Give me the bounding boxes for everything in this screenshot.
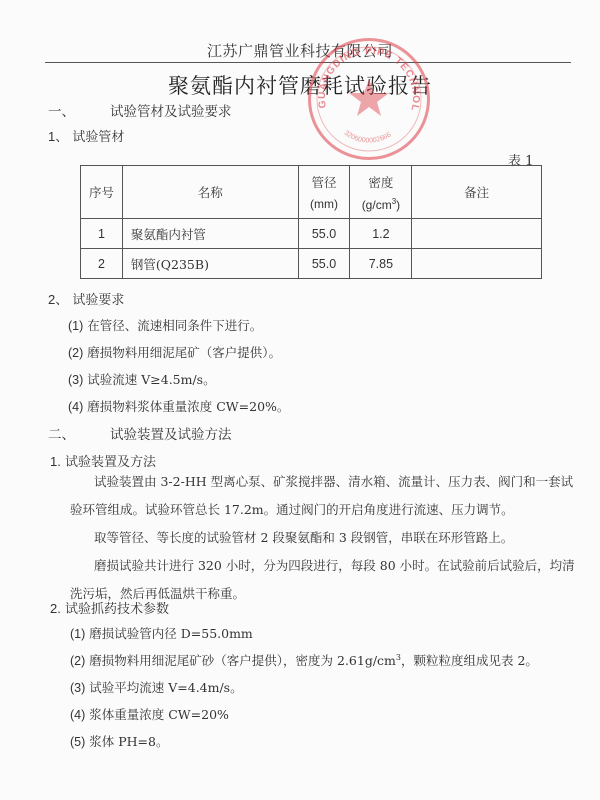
section-1-title: 试验管材及试验要求 [110, 104, 232, 120]
subsection-1-2-title: 试验要求 [72, 293, 124, 308]
materials-table: 序号 名称 管径 (mm) 密度 (g/cm3) 备注 1 聚氨酯内衬管 55.… [80, 165, 542, 279]
header-density-unit: (g/cm3) [350, 197, 411, 212]
paragraph: 磨损试验共计进行 320 小时，分为四段进行，每段 80 小时。在试验前后试验后… [94, 552, 575, 580]
cell-diameter: 55.0 [298, 249, 350, 279]
table-header-row: 序号 名称 管径 (mm) 密度 (g/cm3) 备注 [81, 166, 542, 219]
section-2-heading: 二、试验装置及试验方法 [48, 423, 232, 443]
requirement-item: (3) 试验流速 V≥4.5m/s。 [68, 370, 216, 388]
parameter-item: (2) 磨损物料用细泥尾矿砂（客户提供），密度为 2.61g/cm3，颗粒粒度组… [70, 651, 538, 669]
section-1-heading: 一、试验管材及试验要求 [48, 100, 232, 120]
header-name: 名称 [122, 166, 298, 219]
header-density: 密度 (g/cm3) [350, 166, 412, 219]
subsection-1-1-title: 试验管材 [72, 130, 124, 145]
header-density-label: 密度 [350, 173, 411, 191]
parameter-item: (1) 磨损试验管内径 D=55.0mm [70, 624, 253, 642]
subsection-2-2-heading: 2. 试验抓药技术参数 [50, 598, 169, 617]
cell-name: 聚氨酯内衬管 [122, 219, 298, 249]
parameter-item: (3) 试验平均流速 V=4.4m/s。 [70, 678, 243, 696]
cell-density: 1.2 [350, 219, 412, 249]
paragraph: 试验装置由 3-2-HH 型离心泵、矿浆搅拌器、清水箱、流量计、压力表、阀门和一… [94, 468, 573, 496]
table-row: 2 钢管(Q235B) 55.0 7.85 [81, 249, 542, 279]
requirement-item: (2) 磨损物料用细泥尾矿（客户提供）。 [68, 343, 281, 361]
paragraph-continuation: 验环管组成。试验环管总长 17.2m。通过阀门的开启角度进行流速、压力调节。 [70, 496, 514, 524]
svg-text:3206000002666: 3206000002666 [343, 130, 393, 145]
section-2-title: 试验装置及试验方法 [110, 427, 232, 443]
cell-seq: 1 [81, 219, 123, 249]
header-diameter-label: 管径 [299, 173, 350, 191]
table-row: 1 聚氨酯内衬管 55.0 1.2 [81, 219, 542, 249]
header-diameter: 管径 (mm) [298, 166, 350, 219]
requirement-item: (1) 在管径、流速相同条件下进行。 [68, 316, 262, 334]
report-title: 聚氨酯内衬管磨耗试验报告 [0, 70, 600, 100]
cell-diameter: 55.0 [298, 219, 350, 249]
cell-remark [412, 219, 542, 249]
subsection-1-1-number: 1、 [48, 129, 68, 144]
header-divider [45, 62, 571, 63]
subsection-2-2-title: 试验抓药技术参数 [65, 602, 169, 617]
cell-density: 7.85 [350, 249, 412, 279]
cell-remark [412, 249, 542, 279]
paragraph: 取等管径、等长度的试验管材 2 段聚氨酯和 3 段钢管，串联在环形管路上。 [94, 524, 513, 552]
parameter-item: (5) 浆体 PH=8。 [70, 732, 168, 750]
cell-seq: 2 [81, 249, 123, 279]
header-remark: 备注 [412, 166, 542, 219]
subsection-1-1-heading: 1、 试验管材 [48, 126, 124, 145]
subsection-1-2-heading: 2、 试验要求 [48, 289, 124, 308]
subsection-1-2-number: 2、 [48, 292, 68, 307]
company-name: 江苏广鼎管业科技有限公司 [0, 40, 600, 61]
requirement-item: (4) 磨损物料浆体重量浓度 CW=20%。 [68, 397, 289, 415]
cell-name: 钢管(Q235B) [122, 249, 298, 279]
header-seq: 序号 [81, 166, 123, 219]
subsection-2-2-number: 2. [50, 601, 61, 616]
section-1-number: 一、 [48, 100, 110, 120]
parameter-item: (4) 浆体重量浓度 CW=20% [70, 705, 229, 723]
subsection-2-1-number: 1. [50, 454, 61, 469]
header-diameter-unit: (mm) [299, 197, 350, 211]
section-2-number: 二、 [48, 423, 110, 443]
